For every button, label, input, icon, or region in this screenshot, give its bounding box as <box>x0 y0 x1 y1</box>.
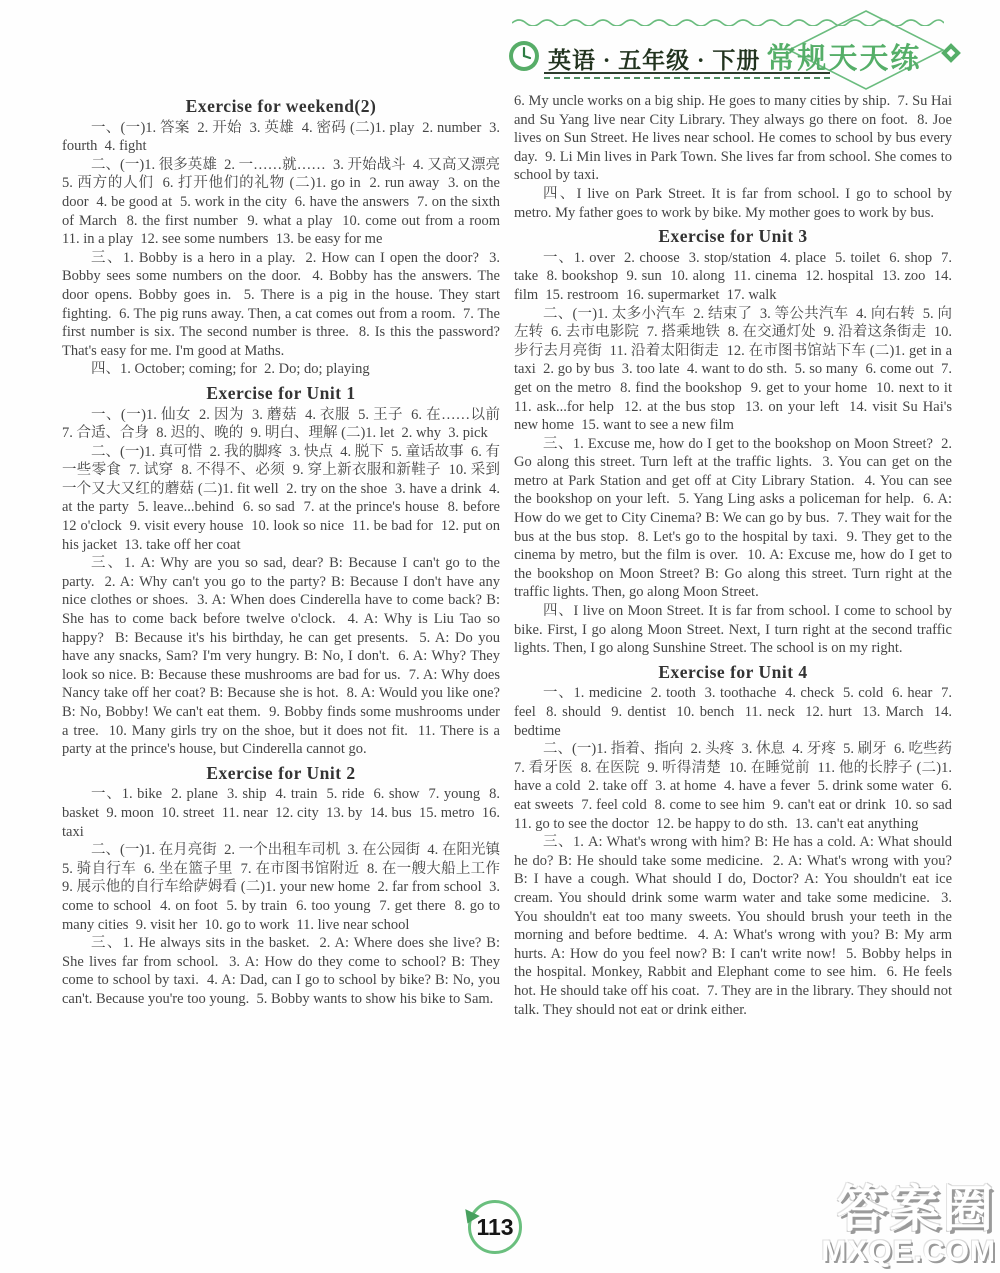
answer-paragraph: 四、1. October; coming; for 2. Do; do; pla… <box>62 360 500 379</box>
page-header: 英语 · 五年级 · 下册常规天天练 <box>508 14 970 90</box>
right-column: 6. My uncle works on a big ship. He goes… <box>514 92 952 1019</box>
watermark: 答案圈 MXQE.COM <box>821 1183 996 1267</box>
answer-paragraph: 一、1. bike 2. plane 3. ship 4. train 5. r… <box>62 785 500 841</box>
section-heading: Exercise for Unit 1 <box>62 384 500 403</box>
brand-title: 常规天天练 <box>766 43 921 75</box>
section-heading: Exercise for weekend(2) <box>62 97 500 116</box>
left-column: Exercise for weekend(2)一、(一)1. 答案 2. 开始 … <box>62 92 500 1009</box>
diamond-icon <box>941 43 961 63</box>
answer-paragraph: 一、1. medicine 2. tooth 3. toothache 4. c… <box>514 684 952 740</box>
course-title: 英语 · 五年级 · 下册 <box>548 48 760 73</box>
answer-paragraph: 二、(一)1. 指着、指向 2. 头疼 3. 休息 4. 牙疼 5. 刷牙 6.… <box>514 740 952 833</box>
watermark-url: MXQE.COM <box>821 1236 996 1268</box>
answer-paragraph: 四、I live on Moon Street. It is far from … <box>514 602 952 658</box>
scanned-answer-page: 英语 · 五年级 · 下册常规天天练 Exercise for weekend(… <box>0 0 1000 1273</box>
answer-paragraph: 三、1. Excuse me, how do I get to the book… <box>514 435 952 602</box>
answer-paragraph: 三、1. A: Why are you so sad, dear? B: Bec… <box>62 554 500 759</box>
answer-paragraph: 6. My uncle works on a big ship. He goes… <box>514 92 952 185</box>
answer-paragraph: 三、1. A: What's wrong with him? B: He has… <box>514 833 952 1019</box>
clock-icon <box>508 40 540 72</box>
answer-paragraph: 三、1. He always sits in the basket. 2. A:… <box>62 934 500 1008</box>
answer-paragraph: 一、(一)1. 仙女 2. 因为 3. 蘑菇 4. 衣服 5. 王子 6. 在…… <box>62 406 500 443</box>
answer-paragraph: 一、1. over 2. choose 3. stop/station 4. p… <box>514 249 952 305</box>
answer-paragraph: 三、1. Bobby is a hero in a play. 2. How c… <box>62 249 500 361</box>
answer-paragraph: 二、(一)1. 在月亮街 2. 一个出租车司机 3. 在公园街 4. 在阳光镇 … <box>62 841 500 934</box>
answer-paragraph: 四、I live on Park Street. It is far from … <box>514 185 952 222</box>
page-number-badge: 113 <box>468 1200 522 1254</box>
answer-paragraph: 二、(一)1. 太多小汽车 2. 结束了 3. 等公共汽车 4. 向右转 5. … <box>514 305 952 435</box>
section-heading: Exercise for Unit 2 <box>62 764 500 783</box>
section-heading: Exercise for Unit 4 <box>514 663 952 682</box>
section-heading: Exercise for Unit 3 <box>514 227 952 246</box>
watermark-chinese: 答案圈 <box>821 1183 996 1236</box>
page-number: 113 <box>476 1214 513 1241</box>
answer-paragraph: 二、(一)1. 很多英雄 2. 一……就…… 3. 开始战斗 4. 又高又漂亮 … <box>62 156 500 249</box>
answer-paragraph: 二、(一)1. 真可惜 2. 我的脚疼 3. 快点 4. 脱下 5. 童话故事 … <box>62 443 500 555</box>
answer-paragraph: 一、(一)1. 答案 2. 开始 3. 英雄 4. 密码 (二)1. play … <box>62 119 500 156</box>
